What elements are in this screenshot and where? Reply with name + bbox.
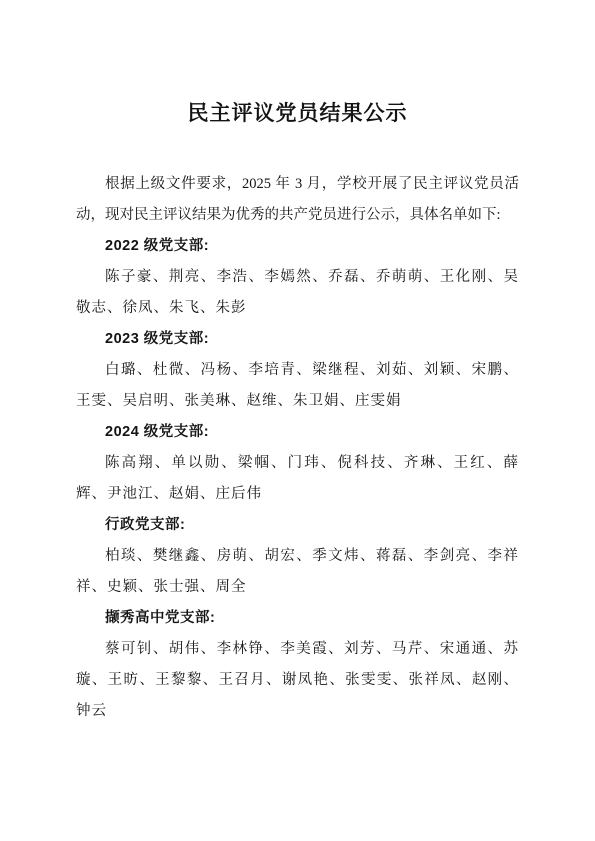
section-heading-admin-branch: 行政党支部: (76, 510, 519, 541)
section-2023-branch: 2023 级党支部: 白璐、杜微、冯杨、李培青、梁继程、刘茹、刘颖、宋鹏、王雯、… (76, 324, 519, 417)
section-heading-2023-branch: 2023 级党支部: (76, 324, 519, 355)
document-page: 民主评议党员结果公示 根据上级文件要求，2025 年 3 月，学校开展了民主评议… (0, 0, 595, 841)
section-admin-branch: 行政党支部: 柏琰、樊继鑫、房萌、胡宏、季文炜、蒋磊、李剑亮、李祥祥、史颖、张士… (76, 510, 519, 603)
section-2024-branch: 2024 级党支部: 陈高翔、单以勋、梁帼、门玮、倪科技、齐琳、王红、薛辉、尹池… (76, 417, 519, 510)
section-names-2024-branch: 陈高翔、单以勋、梁帼、门玮、倪科技、齐琳、王红、薛辉、尹池江、赵娟、庄后伟 (76, 448, 519, 510)
document-title: 民主评议党员结果公示 (76, 97, 519, 127)
section-heading-xiexiu-highschool-branch: 撷秀高中党支部: (76, 603, 519, 634)
section-names-2022-branch: 陈子豪、荆亮、李浩、李嫣然、乔磊、乔萌萌、王化刚、吴敬志、徐凤、朱飞、朱彭 (76, 262, 519, 324)
section-xiexiu-highschool-branch: 撷秀高中党支部: 蔡可钊、胡伟、李林铮、李美霞、刘芳、马芹、宋通通、苏璇、王昉、… (76, 603, 519, 727)
section-names-2023-branch: 白璐、杜微、冯杨、李培青、梁继程、刘茹、刘颖、宋鹏、王雯、吴启明、张美琳、赵维、… (76, 355, 519, 417)
section-names-admin-branch: 柏琰、樊继鑫、房萌、胡宏、季文炜、蒋磊、李剑亮、李祥祥、史颖、张士强、周全 (76, 541, 519, 603)
section-2022-branch: 2022 级党支部: 陈子豪、荆亮、李浩、李嫣然、乔磊、乔萌萌、王化刚、吴敬志、… (76, 231, 519, 324)
section-heading-2022-branch: 2022 级党支部: (76, 231, 519, 262)
section-names-xiexiu-highschool-branch: 蔡可钊、胡伟、李林铮、李美霞、刘芳、马芹、宋通通、苏璇、王昉、王黎黎、王召月、谢… (76, 634, 519, 727)
section-heading-2024-branch: 2024 级党支部: (76, 417, 519, 448)
intro-paragraph: 根据上级文件要求，2025 年 3 月，学校开展了民主评议党员活动，现对民主评议… (76, 169, 519, 231)
